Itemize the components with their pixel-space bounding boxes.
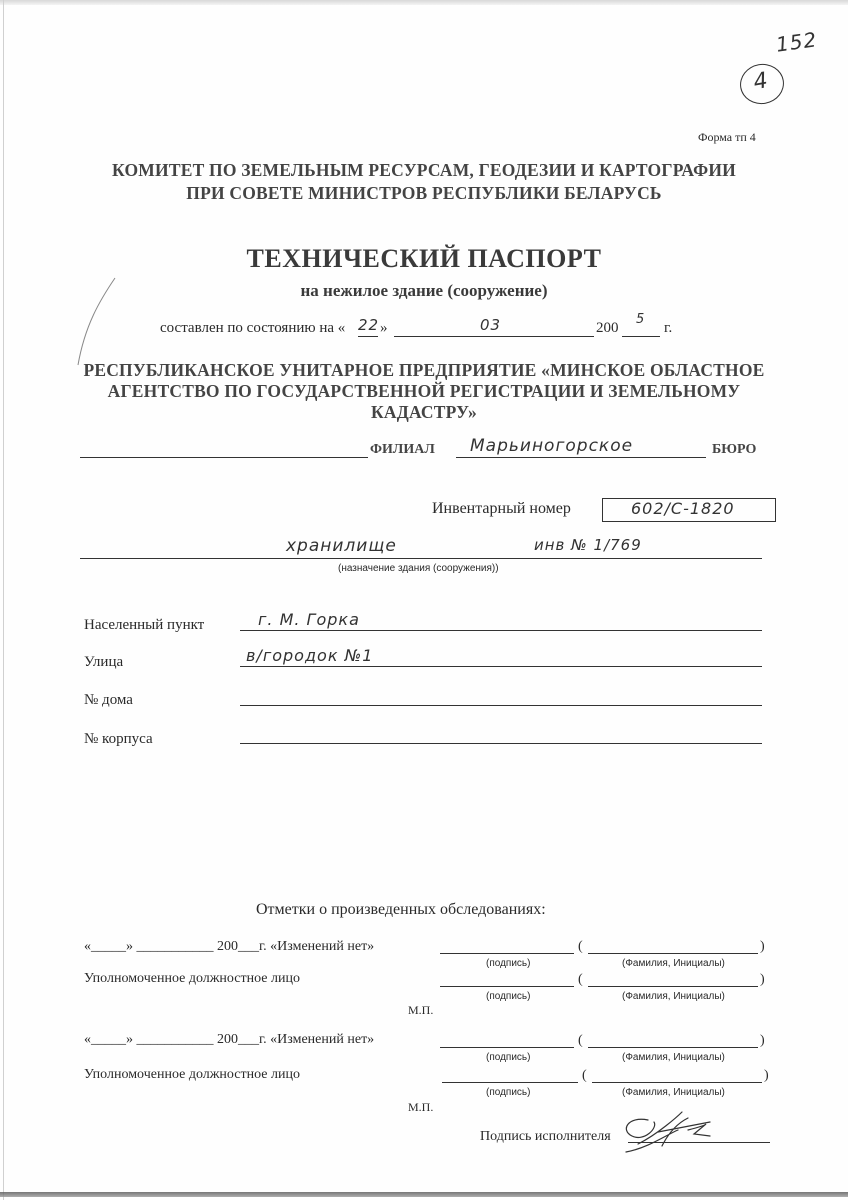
locality-field[interactable]: г. М. Горка <box>258 610 360 629</box>
inspection-2-official-signature-caption: (подпись) <box>486 1087 530 1098</box>
date-year-prefix: 200 <box>596 320 619 337</box>
inspection-2-date-line[interactable]: «_____» ___________ 200___г. «Изменений … <box>84 1032 374 1048</box>
date-year-field[interactable]: 5 <box>636 312 645 327</box>
scan-bottom-edge <box>0 1192 848 1197</box>
form-code: Форма тп 4 <box>698 130 756 145</box>
house-number-label: № дома <box>84 692 133 709</box>
committee-header-line2: ПРИ СОВЕТЕ МИНИСТРОВ РЕСПУБЛИКИ БЕЛАРУСЬ <box>0 183 848 204</box>
street-field[interactable]: в/городок №1 <box>246 646 373 665</box>
inspections-heading: Отметки о произведенных обследованиях: <box>256 901 546 919</box>
date-day-field[interactable]: 22 <box>358 316 379 334</box>
inspection-1-official-name-caption: (Фамилия, Инициалы) <box>622 991 725 1002</box>
inspection-2-official-name-caption: (Фамилия, Инициалы) <box>622 1087 725 1098</box>
inspection-2-signature-caption: (подпись) <box>486 1052 530 1063</box>
date-year-suffix: г. <box>664 320 672 337</box>
inspection-2-official-label: Уполномоченное должностное лицо <box>84 1067 300 1083</box>
document-subtitle: на нежилое здание (сооружение) <box>0 281 848 301</box>
inspection-2-seal: М.П. <box>408 1100 433 1115</box>
inspection-1-seal: М.П. <box>408 1003 433 1018</box>
date-month-field[interactable]: 03 <box>480 316 501 334</box>
margin-pencil-mark-icon <box>70 270 120 370</box>
circled-sheet-number: 4 <box>737 60 787 107</box>
date-line-prefix: составлен по состоянию на « <box>160 320 345 337</box>
document-title: ТЕХНИЧЕСКИЙ ПАСПОРТ <box>0 244 848 274</box>
date-line-mid: » <box>380 320 388 337</box>
agency-line1: РЕСПУБЛИКАНСКОЕ УНИТАРНОЕ ПРЕДПРИЯТИЕ «М… <box>0 360 848 381</box>
document-page: 152 4 Форма тп 4 КОМИТЕТ ПО ЗЕМЕЛЬНЫМ РЕ… <box>0 0 848 1200</box>
branch-name-field[interactable]: Марьиногорское <box>470 436 633 456</box>
inspection-1-official-signature-caption: (подпись) <box>486 991 530 1002</box>
street-label: Улица <box>84 654 123 671</box>
branch-bureau-label: БЮРО <box>712 442 756 458</box>
handwritten-signature-icon <box>618 1108 728 1158</box>
inspection-1-official-label: Уполномоченное должностное лицо <box>84 971 300 987</box>
agency-line3: КАДАСТРУ» <box>0 402 848 423</box>
building-inventory-extra: инв № 1/769 <box>534 536 642 554</box>
inventory-label: Инвентарный номер <box>432 500 571 518</box>
inventory-number-box[interactable]: 602/С-1820 <box>602 498 776 522</box>
building-number-label: № корпуса <box>84 731 153 748</box>
committee-header-line1: КОМИТЕТ ПО ЗЕМЕЛЬНЫМ РЕСУРСАМ, ГЕОДЕЗИИ … <box>0 160 848 181</box>
executor-signature-label: Подпись исполнителя <box>480 1129 611 1145</box>
inspection-2-name-caption: (Фамилия, Инициалы) <box>622 1052 725 1063</box>
scan-top-edge <box>0 0 848 5</box>
handwritten-page-number: 152 <box>775 27 819 56</box>
inventory-number-value: 602/С-1820 <box>631 499 735 518</box>
inspection-1-signature-caption: (подпись) <box>486 958 530 969</box>
circled-number-text: 4 <box>752 68 771 95</box>
inspection-1-date-line[interactable]: «_____» ___________ 200___г. «Изменений … <box>84 939 374 955</box>
building-purpose-caption: (назначение здания (сооружения)) <box>338 563 499 574</box>
building-purpose-field[interactable]: хранилище <box>286 536 397 556</box>
agency-line2: АГЕНТСТВО ПО ГОСУДАРСТВЕННОЙ РЕГИСТРАЦИИ… <box>0 381 848 402</box>
branch-filial-label: ФИЛИАЛ <box>370 442 435 458</box>
locality-label: Населенный пункт <box>84 617 204 634</box>
inspection-1-name-caption: (Фамилия, Инициалы) <box>622 958 725 969</box>
